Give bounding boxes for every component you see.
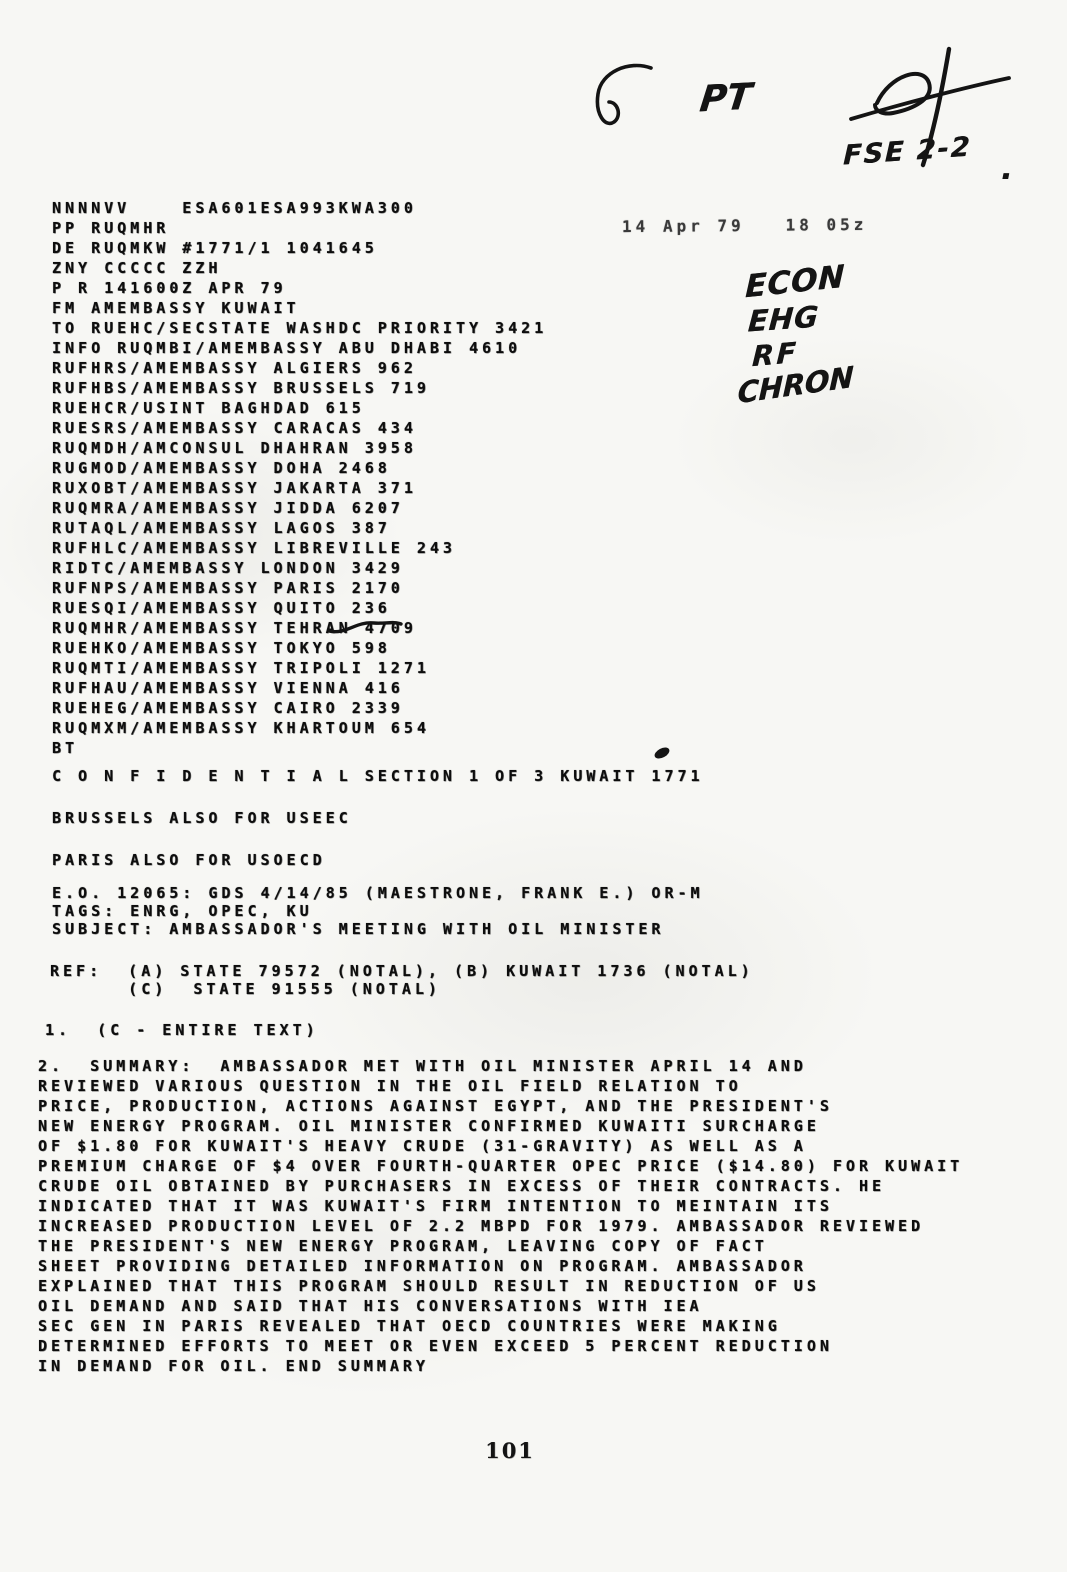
cable-routing-block: NNNNVV ESA601ESA993KWA300PP RUQMHRDE RUQ… [52,198,547,758]
summary-paragraph-block: 2. SUMMARY: AMBASSADOR MET WITH OIL MINI… [38,1056,963,1376]
routing-line: RUQMDH/AMCONSUL DHAHRAN 3958 [52,438,547,458]
summary-line: SEC GEN IN PARIS REVEALED THAT OECD COUN… [38,1316,963,1336]
summary-line: NEW ENERGY PROGRAM. OIL MINISTER CONFIRM… [38,1116,963,1136]
routing-line: ZNY CCCCC ZZH [52,258,547,278]
routing-line: RUTAQL/AMEMBASSY LAGOS 387 [52,518,547,538]
routing-line: RUEHKO/AMEMBASSY TOKYO 598 [52,638,547,658]
eo-line: E.O. 12065: GDS 4/14/85 (MAESTRONE, FRAN… [52,884,704,902]
routing-line: RUQMXM/AMEMBASSY KHARTOUM 654 [52,718,547,738]
routing-line: RUGMOD/AMEMBASSY DOHA 2468 [52,458,547,478]
routing-line: BT [52,738,547,758]
routing-line: RUFHBS/AMEMBASSY BRUSSELS 719 [52,378,547,398]
summary-line: PRICE, PRODUCTION, ACTIONS AGAINST EGYPT… [38,1096,963,1116]
routing-line: RUQMTI/AMEMBASSY TRIPOLI 1271 [52,658,547,678]
routing-line: RUXOBT/AMEMBASSY JAKARTA 371 [52,478,547,498]
routing-line: FM AMEMBASSY KUWAIT [52,298,547,318]
routing-line: INFO RUQMBI/AMEMBASSY ABU DHABI 4610 [52,338,547,358]
summary-line: OF $1.80 FOR KUWAIT'S HEAVY CRUDE (31-GR… [38,1136,963,1156]
routing-line: RUQMHR/AMEMBASSY TEHRAN 4709 [52,618,547,638]
ref-line: (C) STATE 91555 (NOTAL) [50,980,754,998]
routing-line: NNNNVV ESA601ESA993KWA300 [52,198,547,218]
summary-line: DETERMINED EFFORTS TO MEET OR EVEN EXCEE… [38,1336,963,1356]
handwritten-underline-swoosh [326,614,404,640]
summary-line: SHEET PROVIDING DETAILED INFORMATION ON … [38,1256,963,1276]
handwritten-dist-ehg: EHG [747,299,820,338]
routing-line: RUFHLC/AMEMBASSY LIBREVILLE 243 [52,538,547,558]
routing-line: RUEHCR/USINT BAGHDAD 615 [52,398,547,418]
handwritten-check-mark [585,58,660,138]
routing-line: DE RUQMKW #1771/1 1041645 [52,238,547,258]
handwritten-period-mark: . [1001,152,1012,187]
routing-line: RUQMRA/AMEMBASSY JIDDA 6207 [52,498,547,518]
summary-line: INDICATED THAT IT WAS KUWAIT'S FIRM INTE… [38,1196,963,1216]
received-date-stamp: 14 Apr 79 18 05z [622,215,868,237]
handwritten-pt-initials: PT [697,77,753,121]
paragraph-1: 1. (C - ENTIRE TEXT) [45,1020,319,1040]
summary-line: OIL DEMAND AND SAID THAT HIS CONVERSATIO… [38,1296,963,1316]
summary-line: INCREASED PRODUCTION LEVEL OF 2.2 MBPD F… [38,1216,963,1236]
reference-block: REF: (A) STATE 79572 (NOTAL), (B) KUWAIT… [50,962,754,998]
eo-line: SUBJECT: AMBASSADOR'S MEETING WITH OIL M… [52,920,704,938]
summary-line: 2. SUMMARY: AMBASSADOR MET WITH OIL MINI… [38,1056,963,1076]
routing-line: RUFHAU/AMEMBASSY VIENNA 416 [52,678,547,698]
telegram-scan-page: PT FSE 2-2 . 14 Apr 79 18 05z ECON EHG R… [0,0,1067,1572]
note-paris-usoecd: PARIS ALSO FOR USOECD [52,850,326,870]
eo-tags-subject-block: E.O. 12065: GDS 4/14/85 (MAESTRONE, FRAN… [52,884,704,938]
classification-line: C O N F I D E N T I A L SECTION 1 OF 3 K… [52,766,704,786]
handwritten-ink-blob [650,744,674,762]
routing-line: PP RUQMHR [52,218,547,238]
routing-line: RUEHEG/AMEMBASSY CAIRO 2339 [52,698,547,718]
eo-line: TAGS: ENRG, OPEC, KU [52,902,704,920]
routing-line: RUFNPS/AMEMBASSY PARIS 2170 [52,578,547,598]
note-brussels-useec: BRUSSELS ALSO FOR USEEC [52,808,352,828]
page-number: 101 [0,1438,1020,1463]
summary-line: CRUDE OIL OBTAINED BY PURCHASERS IN EXCE… [38,1176,963,1196]
summary-line: IN DEMAND FOR OIL. END SUMMARY [38,1356,963,1376]
routing-line: P R 141600Z APR 79 [52,278,547,298]
summary-line: EXPLAINED THAT THIS PROGRAM SHOULD RESUL… [38,1276,963,1296]
routing-line: TO RUEHC/SECSTATE WASHDC PRIORITY 3421 [52,318,547,338]
routing-line: RUESRS/AMEMBASSY CARACAS 434 [52,418,547,438]
routing-line: RUFHRS/AMEMBASSY ALGIERS 962 [52,358,547,378]
ref-line: REF: (A) STATE 79572 (NOTAL), (B) KUWAIT… [50,962,754,980]
summary-line: PREMIUM CHARGE OF $4 OVER FOURTH-QUARTER… [38,1156,963,1176]
routing-line: RUESQI/AMEMBASSY QUITO 236 [52,598,547,618]
routing-line: RIDTC/AMEMBASSY LONDON 3429 [52,558,547,578]
handwritten-dist-econ: ECON [745,259,846,306]
summary-line: THE PRESIDENT'S NEW ENERGY PROGRAM, LEAV… [38,1236,963,1256]
summary-line: REVIEWED VARIOUS QUESTION IN THE OIL FIE… [38,1076,963,1096]
